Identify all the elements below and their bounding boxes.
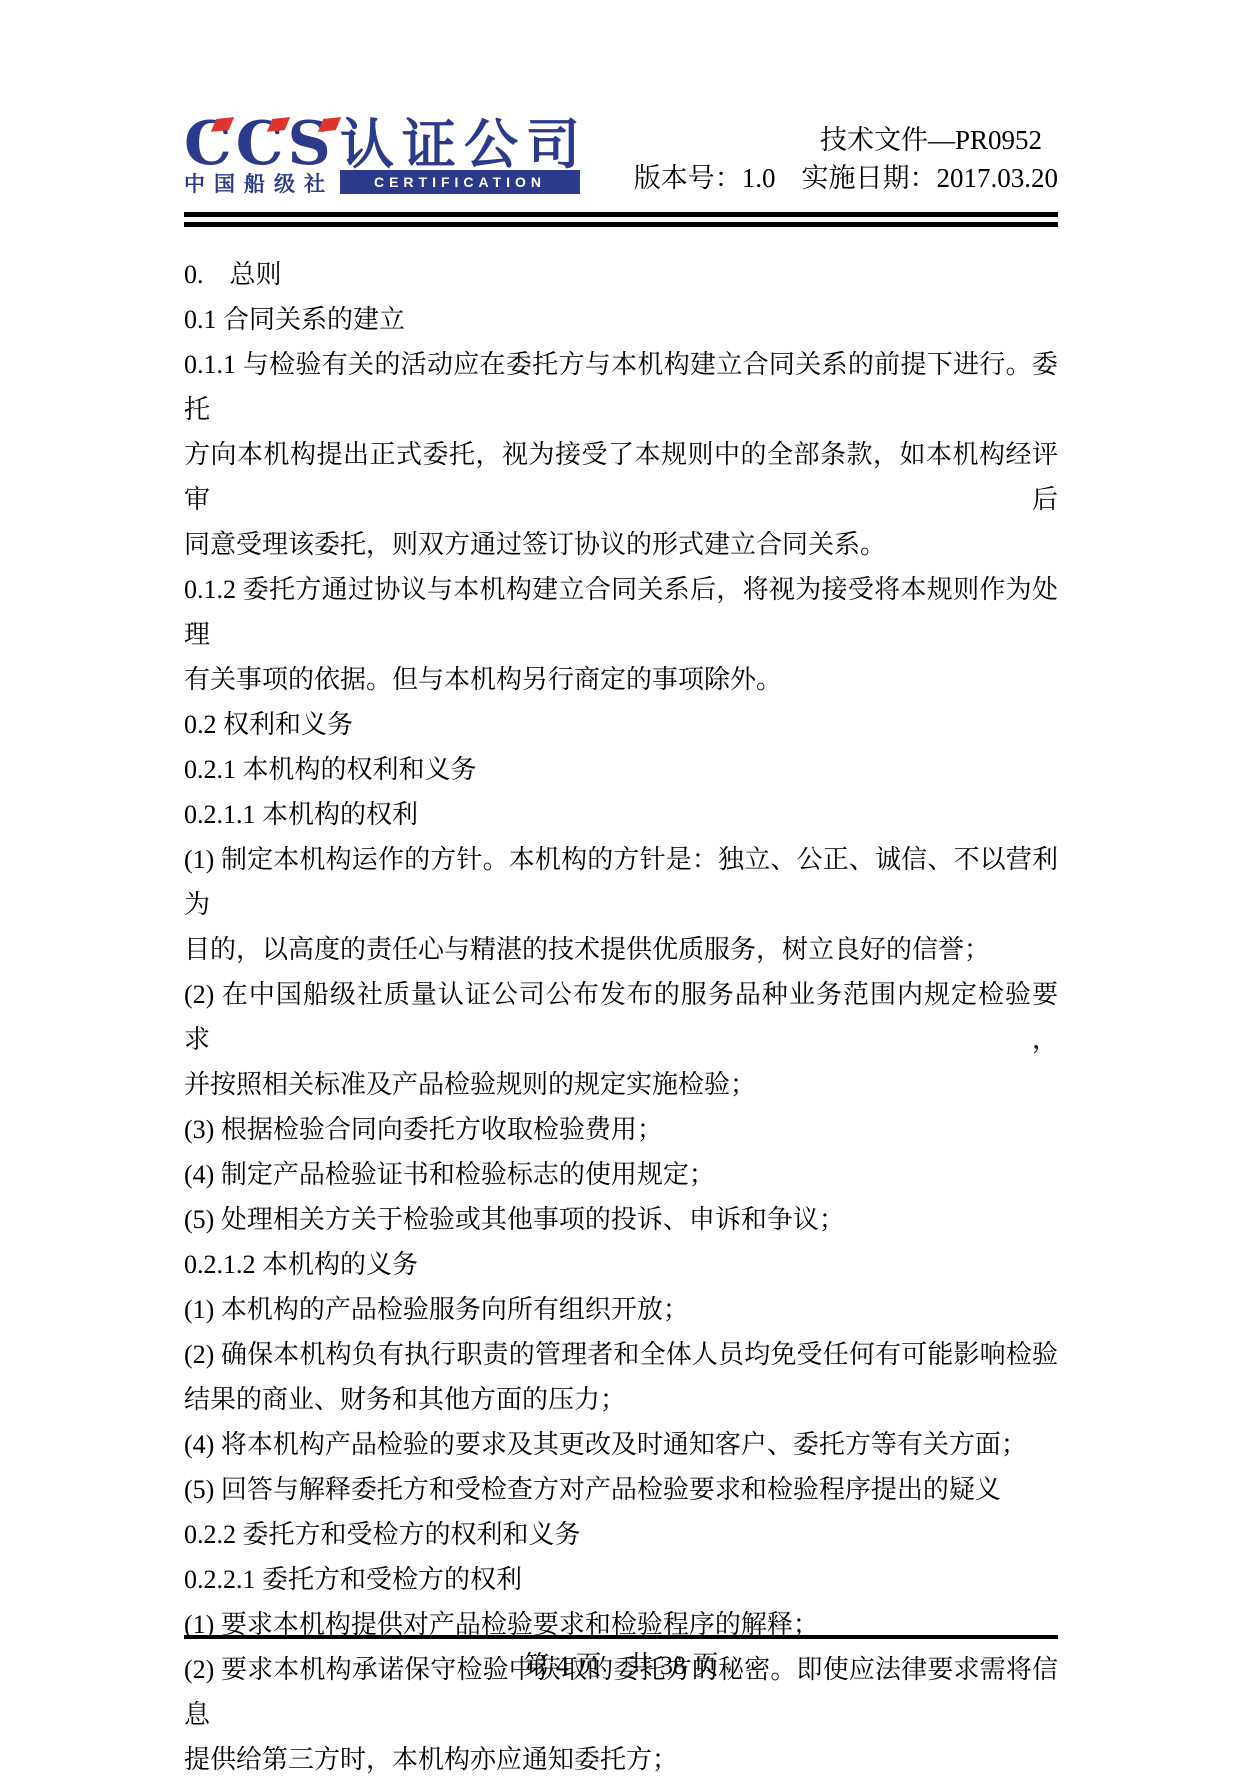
body-line: 提供给第三方时，本机构亦应通知委托方； [184, 1737, 1058, 1778]
body-line: 结果的商业、财务和其他方面的压力； [184, 1377, 1058, 1422]
body-line: 同意受理该委托，则双方通过签订协议的形式建立合同关系。 [184, 522, 1058, 567]
body-line: (2) 在中国船级社质量认证公司公布发布的服务品种业务范围内规定检验要求， [184, 972, 1058, 1062]
body-line: 并按照相关标准及产品检验规则的规定实施检验； [184, 1062, 1058, 1107]
body-line: (4) 将本机构产品检验的要求及其更改及时通知客户、委托方等有关方面； [184, 1422, 1058, 1467]
body-line: (5) 回答与解释委托方和受检查方对产品检验要求和检验程序提出的疑义 [184, 1467, 1058, 1512]
body-line: 0.2.1 本机构的权利和义务 [184, 747, 1058, 792]
body-line: 目的，以高度的责任心与精湛的技术提供优质服务，树立良好的信誉； [184, 927, 1058, 972]
body-line: 0.1.1 与检验有关的活动应在委托方与本机构建立合同关系的前提下进行。委托 [184, 342, 1058, 432]
body-line: 0.2 权利和义务 [184, 702, 1058, 747]
body-line: (1) 制定本机构运作的方针。本机构的方针是：独立、公正、诚信、不以营利为 [184, 837, 1058, 927]
version-label: 版本号：1.0 [634, 163, 776, 193]
logo-company-name: 认证公司 [340, 118, 588, 172]
header-divider [184, 212, 1058, 227]
body-line: 0.2.1.1 本机构的权利 [184, 792, 1058, 837]
certification-bar: CERTIFICATION [340, 170, 580, 194]
body-line: 0.2.2.1 委托方和受检方的权利 [184, 1557, 1058, 1602]
body-line: (5) 处理相关方关于检验或其他事项的投诉、申诉和争议； [184, 1197, 1058, 1242]
body-text: 0. 总则0.1 合同关系的建立0.1.1 与检验有关的活动应在委托方与本机构建… [184, 252, 1058, 1778]
body-line: 0.2.2 委托方和受检方的权利和义务 [184, 1512, 1058, 1557]
document-page: CCS 中国船级社 认证公司 CERTIFICATION 技术文件—PR0952… [0, 0, 1241, 1778]
footer-divider [184, 1635, 1058, 1639]
body-line: (1) 要求本机构提供对产品检验要求和检验程序的解释； [184, 1602, 1058, 1647]
version-line: 版本号：1.0实施日期：2017.03.20 [634, 162, 1058, 194]
body-line: (4) 制定产品检验证书和检验标志的使用规定； [184, 1152, 1058, 1197]
body-line: (1) 本机构的产品检验服务向所有组织开放； [184, 1287, 1058, 1332]
body-line: (3) 根据检验合同向委托方收取检验费用； [184, 1107, 1058, 1152]
ccs-wordmark: CCS [184, 114, 335, 174]
body-line: 有关事项的依据。但与本机构另行商定的事项除外。 [184, 657, 1058, 702]
body-line: (2) 确保本机构负有执行职责的管理者和全体人员均免受任何有可能影响检验 [184, 1332, 1058, 1377]
body-line: 0.1.2 委托方通过协议与本机构建立合同关系后，将视为接受将本规则作为处理 [184, 567, 1058, 657]
doc-type-label: 技术文件—PR0952 [634, 124, 1058, 156]
ccs-logo: CCS 中国船级社 认证公司 CERTIFICATION [184, 112, 654, 197]
body-line: 0.2.1.2 本机构的义务 [184, 1242, 1058, 1287]
body-line: 0. 总则 [184, 252, 1058, 297]
header-meta: 技术文件—PR0952 版本号：1.0实施日期：2017.03.20 [634, 124, 1058, 194]
page-number: 第 4 页 共 38 页 [184, 1646, 1058, 1686]
body-line: 方向本机构提出正式委托，视为接受了本规则中的全部条款，如本机构经评审后 [184, 432, 1058, 522]
body-line: 0.1 合同关系的建立 [184, 297, 1058, 342]
logo-org-name: 中国船级社 [184, 172, 334, 196]
impl-date-label: 实施日期：2017.03.20 [802, 163, 1059, 193]
